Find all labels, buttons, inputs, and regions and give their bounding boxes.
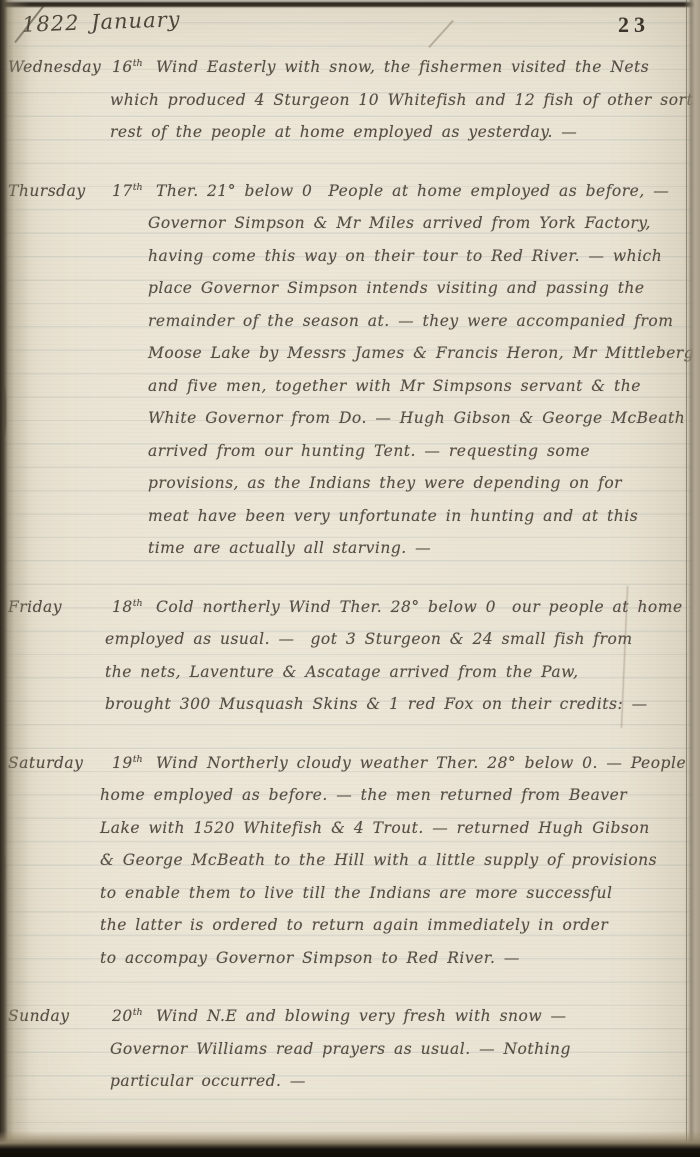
entry-line: Sunday20thWind N.E and blowing very fres… xyxy=(0,1007,700,1040)
entry-text: Wind N.E and blowing very fresh with sno… xyxy=(156,1007,567,1025)
entry-line: particular occurred. — xyxy=(0,1072,700,1105)
entry-date: 19th xyxy=(112,754,156,772)
entry-date-suffix: th xyxy=(133,754,143,765)
entry-line: to enable them to live till the Indians … xyxy=(0,884,700,917)
entry-date: 16th xyxy=(112,58,156,76)
entry-line: Moose Lake by Messrs James & Francis Her… xyxy=(0,344,700,377)
entry-line: home employed as before. — the men retur… xyxy=(0,786,700,819)
entry-line: time are actually all starving. — xyxy=(0,539,700,572)
entry-date-suffix: th xyxy=(133,182,143,193)
entry-line: rest of the people at home employed as y… xyxy=(0,123,700,156)
entry-date-suffix: th xyxy=(133,58,143,69)
entry-date-suffix: th xyxy=(133,1007,143,1018)
entry-line: and five men, together with Mr Simpsons … xyxy=(0,377,700,410)
entry-date: 17th xyxy=(112,182,156,200)
entry-line: to accompay Governor Simpson to Red Rive… xyxy=(0,949,700,982)
entry-line: brought 300 Musquash Skins & 1 red Fox o… xyxy=(0,695,700,728)
entry-line: White Governor from Do. — Hugh Gibson & … xyxy=(0,409,700,442)
entry-line: which produced 4 Sturgeon 10 Whitefish a… xyxy=(0,91,700,124)
entry-line: place Governor Simpson intends visiting … xyxy=(0,279,700,312)
entry-date-suffix: th xyxy=(133,598,143,609)
entry-text: Ther. 21° below 0 People at home employe… xyxy=(156,182,669,200)
entry-line: Governor Williams read prayers as usual.… xyxy=(0,1040,700,1073)
journal-page-scan: 1822 January 23 Wednesday16thWind Easter… xyxy=(0,0,700,1157)
entry-line: Governor Simpson & Mr Miles arrived from… xyxy=(0,214,700,247)
entry-text: Cold northerly Wind Ther. 28° below 0 ou… xyxy=(156,598,683,616)
page-edge-bottom xyxy=(0,1131,700,1157)
entry-line: having come this way on their tour to Re… xyxy=(0,247,700,280)
entry-line: the nets, Laventure & Ascatage arrived f… xyxy=(0,663,700,696)
page-number: 23 xyxy=(618,12,650,38)
entry-line: employed as usual. — got 3 Sturgeon & 24… xyxy=(0,630,700,663)
entry-line: the latter is ordered to return again im… xyxy=(0,916,700,949)
entry-line: arrived from our hunting Tent. — request… xyxy=(0,442,700,475)
entry-line: remainder of the season at. — they were … xyxy=(0,312,700,345)
entry-line: & George McBeath to the Hill with a litt… xyxy=(0,851,700,884)
entry-line: Thursday17thTher. 21° below 0 People at … xyxy=(0,182,700,215)
entry-date-number: 17 xyxy=(112,182,133,200)
journal-entry-sunday: Sunday20thWind N.E and blowing very fres… xyxy=(0,1007,700,1105)
journal-entries: Wednesday16thWind Easterly with snow, th… xyxy=(0,58,700,1131)
entry-date: 18th xyxy=(112,598,156,616)
entry-text: Wind Easterly with snow, the fishermen v… xyxy=(156,58,649,76)
entry-date-number: 18 xyxy=(112,598,133,616)
journal-entry-saturday: Saturday19thWind Northerly cloudy weathe… xyxy=(0,754,700,982)
entry-date: 20th xyxy=(112,1007,156,1025)
entry-line: meat have been very unfortunate in hunti… xyxy=(0,507,700,540)
header-date: 1822 January xyxy=(22,7,181,37)
page-edge-top xyxy=(0,0,700,8)
entry-line: Wednesday16thWind Easterly with snow, th… xyxy=(0,58,700,91)
paper-mark xyxy=(428,20,454,48)
journal-entry-friday: Friday18thCold northerly Wind Ther. 28° … xyxy=(0,598,700,728)
entry-line: provisions, as the Indians they were dep… xyxy=(0,474,700,507)
entry-line: Saturday19thWind Northerly cloudy weathe… xyxy=(0,754,700,787)
entry-date-number: 20 xyxy=(112,1007,133,1025)
page-edge-right xyxy=(684,0,700,1157)
journal-entry-wednesday: Wednesday16thWind Easterly with snow, th… xyxy=(0,58,700,156)
entry-text: Wind Northerly cloudy weather Ther. 28° … xyxy=(156,754,700,772)
page-binding-edge xyxy=(0,0,30,1157)
entry-line: Friday18thCold northerly Wind Ther. 28° … xyxy=(0,598,700,631)
entry-date-number: 19 xyxy=(112,754,133,772)
entry-date-number: 16 xyxy=(112,58,133,76)
journal-entry-thursday: Thursday17thTher. 21° below 0 People at … xyxy=(0,182,700,572)
entry-line: Lake with 1520 Whitefish & 4 Trout. — re… xyxy=(0,819,700,852)
